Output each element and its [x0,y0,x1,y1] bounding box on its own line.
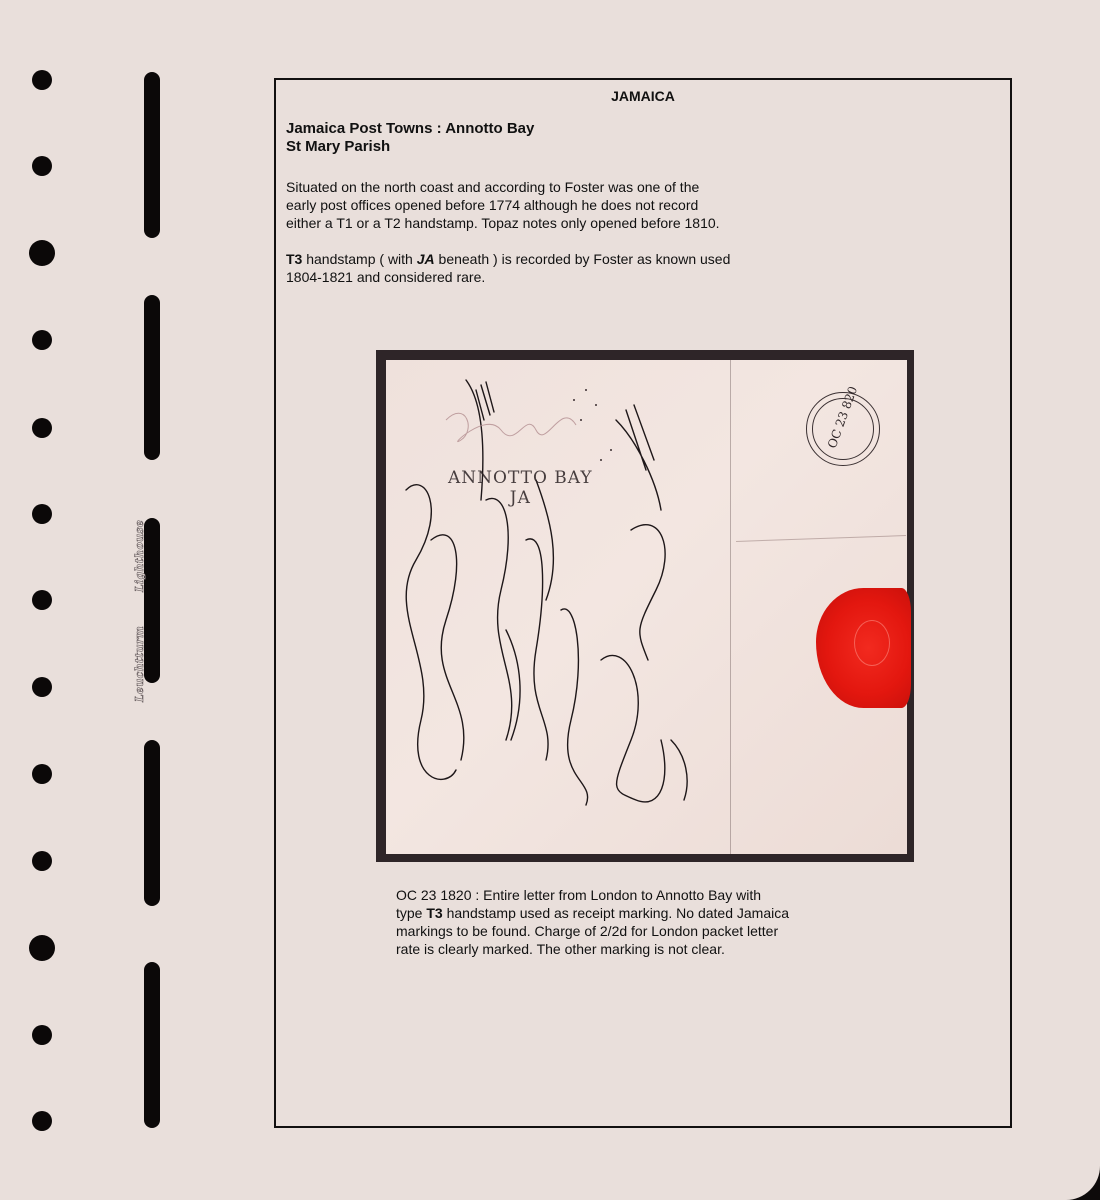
punch-hole [32,70,52,90]
ja-label: JA [417,251,435,267]
handstamp-paragraph: T3 handstamp ( with JA beneath ) is reco… [286,250,826,286]
punch-hole [32,156,52,176]
punch-hole [32,1111,52,1131]
punch-hole [32,677,52,697]
text-span: beneath ) is recorded by Foster as known… [435,251,731,267]
punch-hole [29,240,55,266]
t3-label: T3 [286,251,302,267]
handstamp-line-2: 1804-1821 and considered rare. [286,268,826,286]
punch-hole [32,851,52,871]
intro-line: Situated on the north coast and accordin… [286,178,806,196]
red-wax-seal [816,588,911,708]
binder-slot [144,740,160,906]
punch-hole [32,764,52,784]
punch-hole [32,1025,52,1045]
punch-hole [29,935,55,961]
handstamp-ja: JA [448,488,593,508]
binder-slot [144,295,160,460]
entire-letter-image: ANNOTTO BAY JA OC 23 820 [386,360,907,854]
punch-hole [32,504,52,524]
section-heading: Jamaica Post Towns : Annotto Bay St Mary… [286,120,534,156]
cover-mount: ANNOTTO BAY JA OC 23 820 [376,350,914,862]
caption-line: OC 23 1820 : Entire letter from London t… [396,886,1006,904]
brand-watermark: Leuchtturm Lighthouse [133,520,153,705]
cover-caption: OC 23 1820 : Entire letter from London t… [396,886,1006,958]
brand-leuchtturm: Leuchtturm [133,626,146,702]
binder-slot [144,962,160,1128]
punch-hole [32,418,52,438]
page-frame: JAMAICA Jamaica Post Towns : Annotto Bay… [274,78,1012,1128]
t3-label: T3 [426,905,442,921]
brand-lighthouse: Lighthouse [133,520,146,592]
caption-line: markings to be found. Charge of 2/2d for… [396,922,1006,940]
text-span: handstamp used as receipt marking. No da… [443,905,789,921]
t3-handstamp: ANNOTTO BAY JA [448,468,593,508]
album-page: Leuchtturm Lighthouse JAMAICA Jamaica Po… [0,0,1100,1200]
caption-line: rate is clearly marked. The other markin… [396,940,1006,958]
london-postmark: OC 23 820 [806,392,880,466]
punch-hole [32,330,52,350]
text-span: type [396,905,426,921]
text-span: handstamp ( with [302,251,416,267]
intro-paragraph: Situated on the north coast and accordin… [286,178,806,232]
heading-post-town: Jamaica Post Towns : Annotto Bay [286,120,534,138]
intro-line: either a T1 or a T2 handstamp. Topaz not… [286,214,806,232]
handstamp-line-1: T3 handstamp ( with JA beneath ) is reco… [286,250,826,268]
heading-parish: St Mary Parish [286,138,534,156]
punch-hole [32,590,52,610]
page-title: JAMAICA [276,88,1010,104]
binder-slot [144,72,160,238]
handstamp-town: ANNOTTO BAY [448,468,593,488]
caption-line: type T3 handstamp used as receipt markin… [396,904,1006,922]
intro-line: early post offices opened before 1774 al… [286,196,806,214]
